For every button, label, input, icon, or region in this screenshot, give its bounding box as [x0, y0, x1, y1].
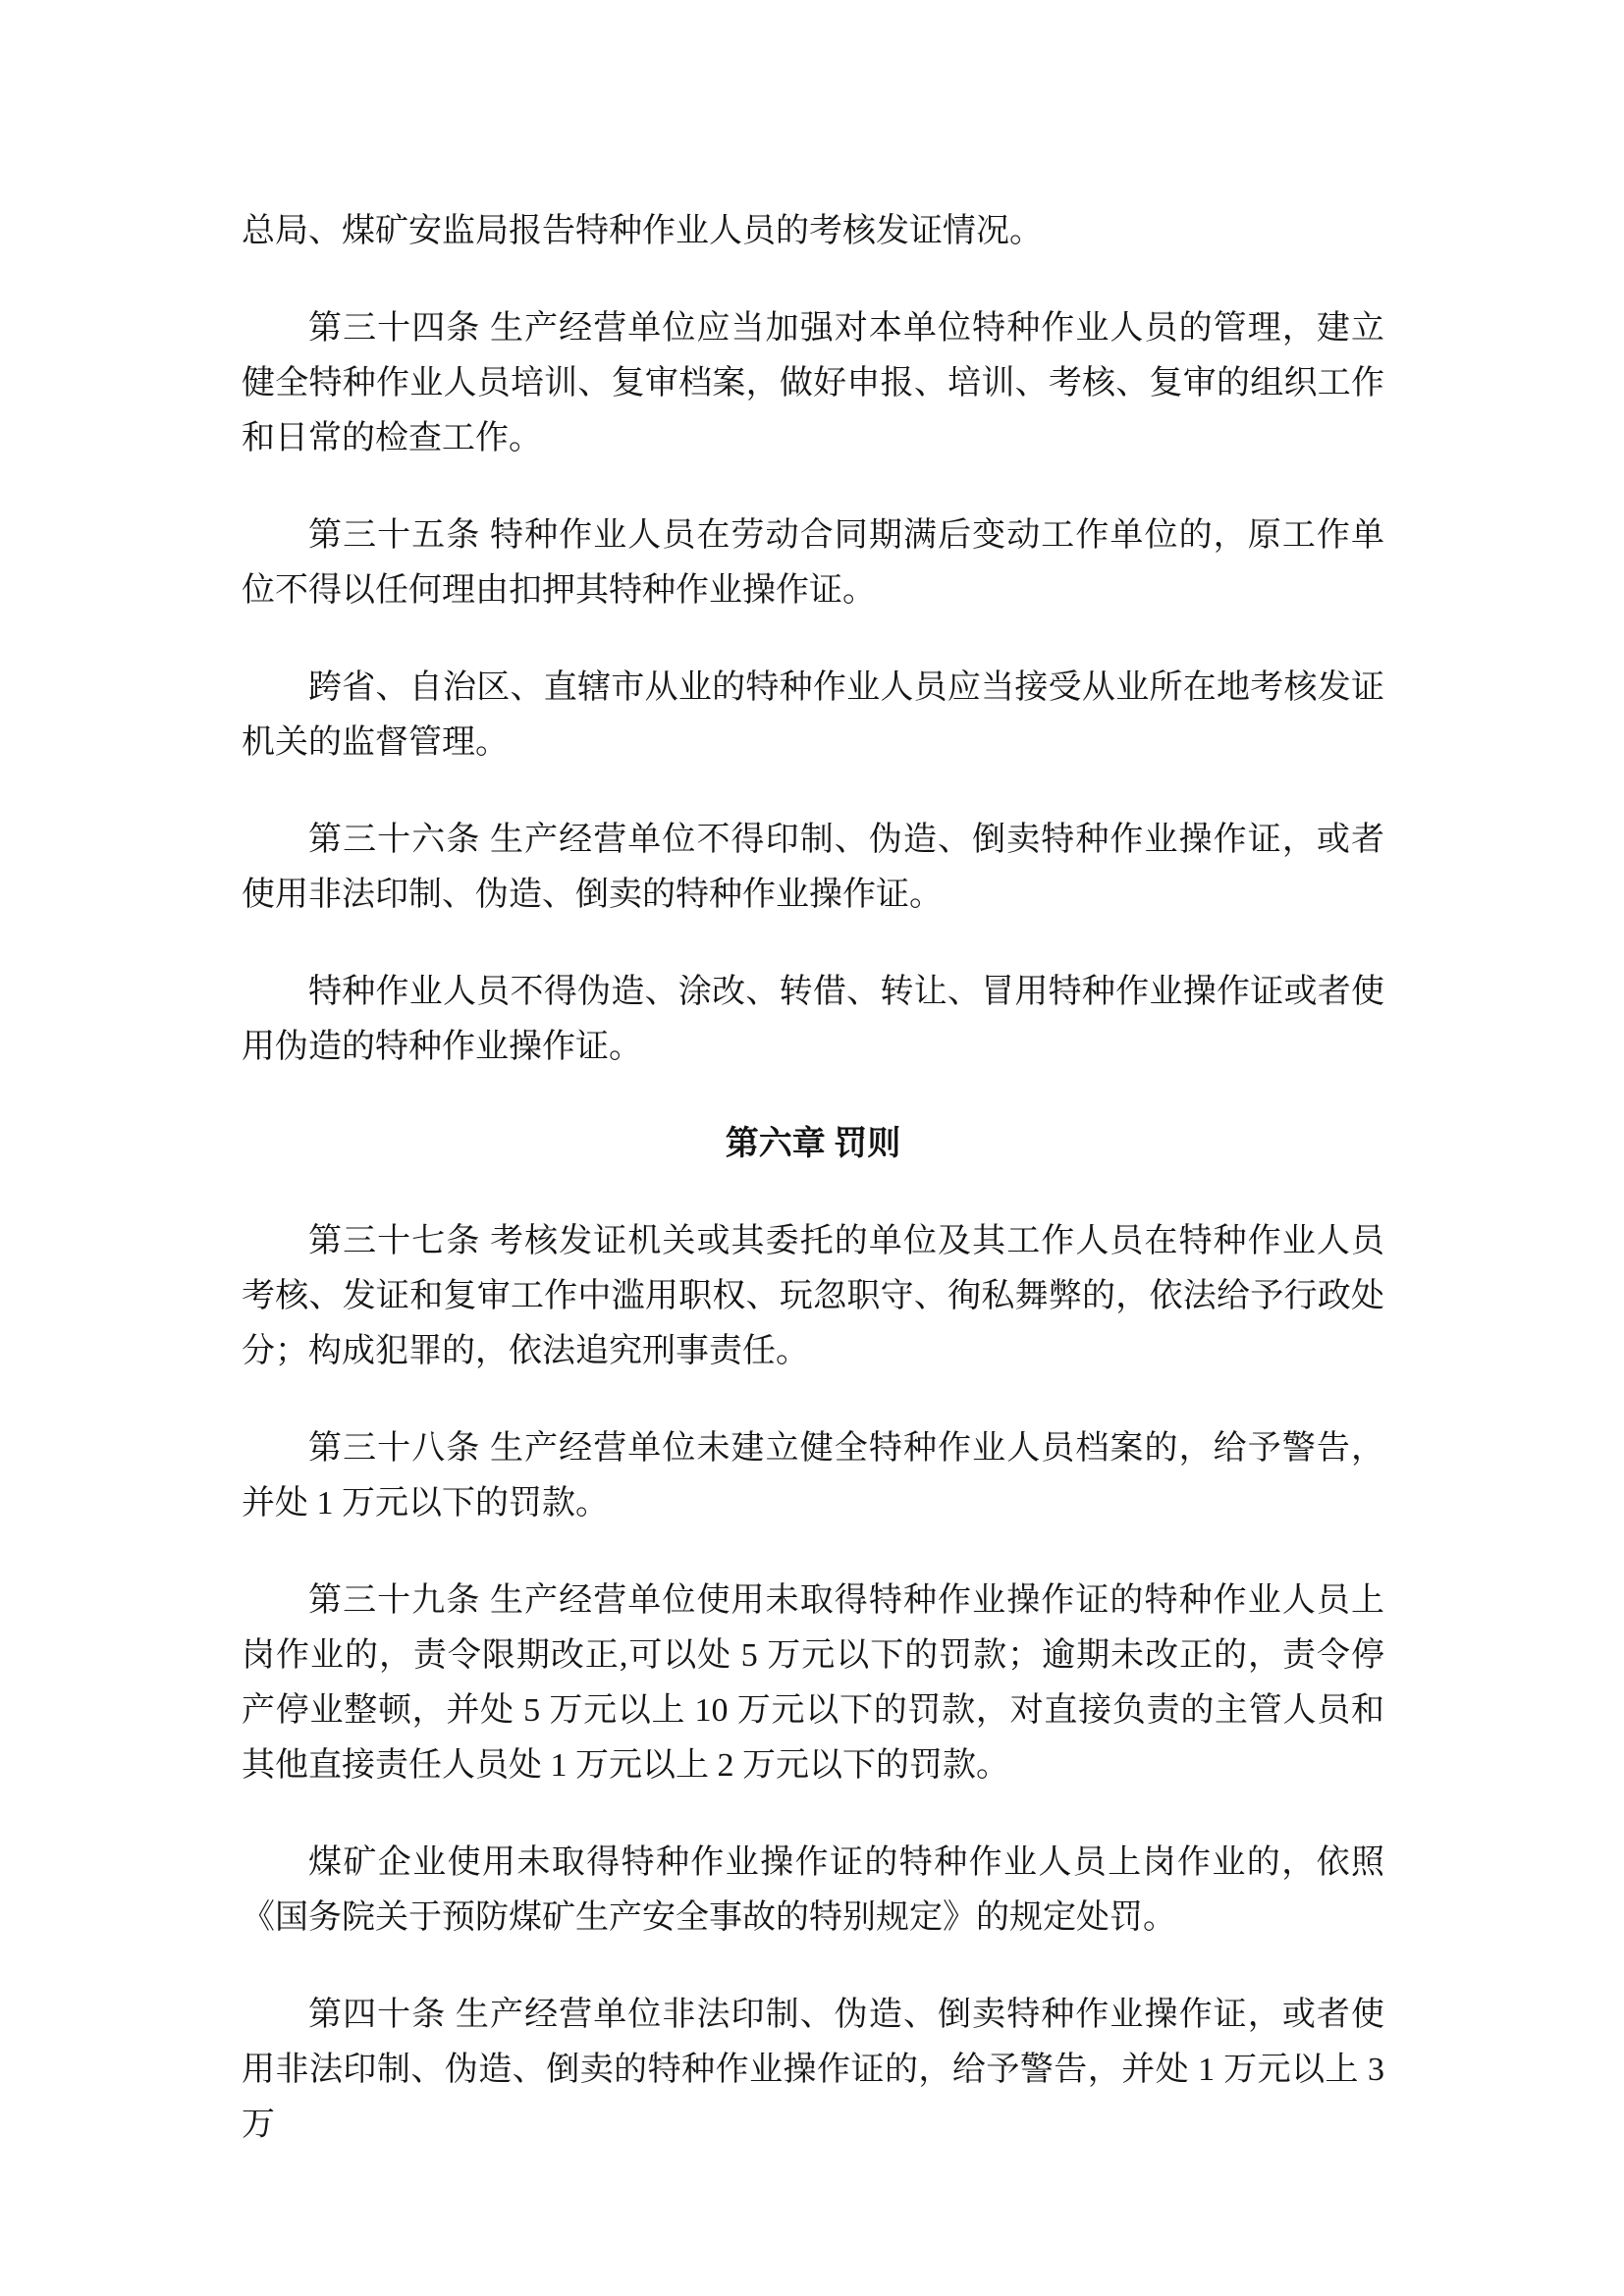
- paragraph-article-37: 第三十七条 考核发证机关或其委托的单位及其工作人员在特种作业人员考核、发证和复审…: [242, 1214, 1384, 1379]
- document-page: 总局、煤矿安监局报告特种作业人员的考核发证情况。 第三十四条 生产经营单位应当加…: [0, 0, 1624, 2296]
- paragraph-article-36: 第三十六条 生产经营单位不得印制、伪造、倒卖特种作业操作证，或者使用非法印制、伪…: [242, 813, 1384, 923]
- paragraph-article-34: 第三十四条 生产经营单位应当加强对本单位特种作业人员的管理，建立健全特种作业人员…: [242, 301, 1384, 466]
- paragraph-article-35-clause-2: 跨省、自治区、直辖市从业的特种作业人员应当接受从业所在地考核发证机关的监督管理。: [242, 661, 1384, 771]
- paragraph-article-35: 第三十五条 特种作业人员在劳动合同期满后变动工作单位的，原工作单位不得以任何理由…: [242, 508, 1384, 618]
- paragraph-article-36-clause-2: 特种作业人员不得伪造、涂改、转借、转让、冒用特种作业操作证或者使用伪造的特种作业…: [242, 965, 1384, 1075]
- paragraph-article-38: 第三十八条 生产经营单位未建立健全特种作业人员档案的，给予警告，并处 1 万元以…: [242, 1421, 1384, 1531]
- paragraph-article-39-clause-2: 煤矿企业使用未取得特种作业操作证的特种作业人员上岗作业的，依照《国务院关于预防煤…: [242, 1836, 1384, 1946]
- paragraph-article-40: 第四十条 生产经营单位非法印制、伪造、倒卖特种作业操作证，或者使用非法印制、伪造…: [242, 1988, 1384, 2153]
- paragraph-continuation: 总局、煤矿安监局报告特种作业人员的考核发证情况。: [242, 204, 1384, 259]
- paragraph-article-39: 第三十九条 生产经营单位使用未取得特种作业操作证的特种作业人员上岗作业的，责令限…: [242, 1574, 1384, 1793]
- chapter-6-heading: 第六章 罚则: [242, 1117, 1384, 1172]
